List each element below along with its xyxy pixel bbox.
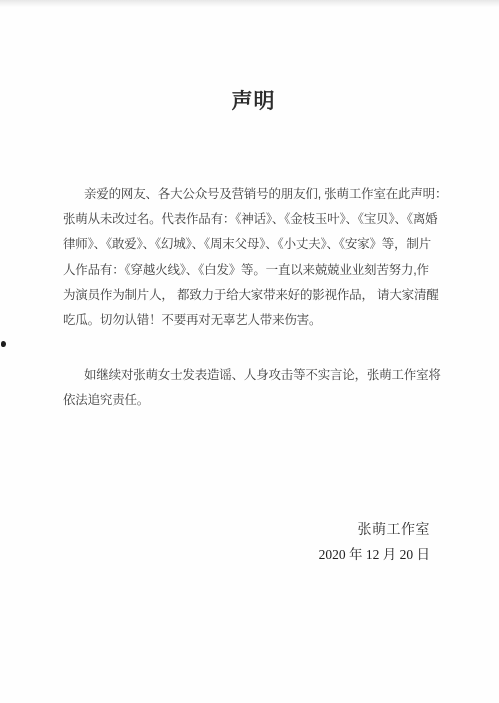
paragraph-1-line-2: 张萌从未改过名。代表作品有：《神话》、《金枝玉叶》、《宝贝》、《离婚	[63, 207, 448, 232]
signature-block: 张萌工作室 2020 年 12 月 20 日	[319, 517, 430, 567]
paragraph-1-line-3: 律师》、《敢爱》、《幻城》、《周末父母》、《小丈夫》、《安家》等，制片	[63, 232, 448, 257]
document-title: 声明	[4, 85, 499, 115]
paragraph-1-line-4: 人作品有：《穿越火线》、《白发》等。一直以来兢兢业业刻苦努力,作	[63, 258, 448, 283]
signature-studio-name: 张萌工作室	[319, 517, 430, 542]
paragraph-1-line-5: 为演员作为制片人， 都致力于给大家带来好的影视作品， 请大家清醒	[63, 283, 448, 308]
statement-paragraph-1: 亲爱的网友、各大公众号及营销号的朋友们, 张萌工作室在此声明： 张萌从未改过名。…	[63, 182, 448, 333]
paragraph-2-line-2: 依法追究责任。	[63, 388, 448, 413]
paragraph-1-line-1: 亲爱的网友、各大公众号及营销号的朋友们, 张萌工作室在此声明：	[63, 182, 448, 207]
statement-paragraph-2: 如继续对张萌女士发表造谣、人身攻击等不实言论，张萌工作室将 依法追究责任。	[63, 363, 448, 413]
paragraph-2-line-1: 如继续对张萌女士发表造谣、人身攻击等不实言论，张萌工作室将	[63, 363, 448, 388]
signature-date: 2020 年 12 月 20 日	[319, 542, 430, 567]
paragraph-1-line-6: 吃瓜。切勿认错！不要再对无辜艺人带来伤害。	[63, 308, 448, 333]
page-top-edge-shadow	[0, 0, 499, 7]
ink-speck-artifact	[1, 341, 6, 347]
statement-document-page: 声明 亲爱的网友、各大公众号及营销号的朋友们, 张萌工作室在此声明： 张萌从未改…	[0, 0, 499, 703]
